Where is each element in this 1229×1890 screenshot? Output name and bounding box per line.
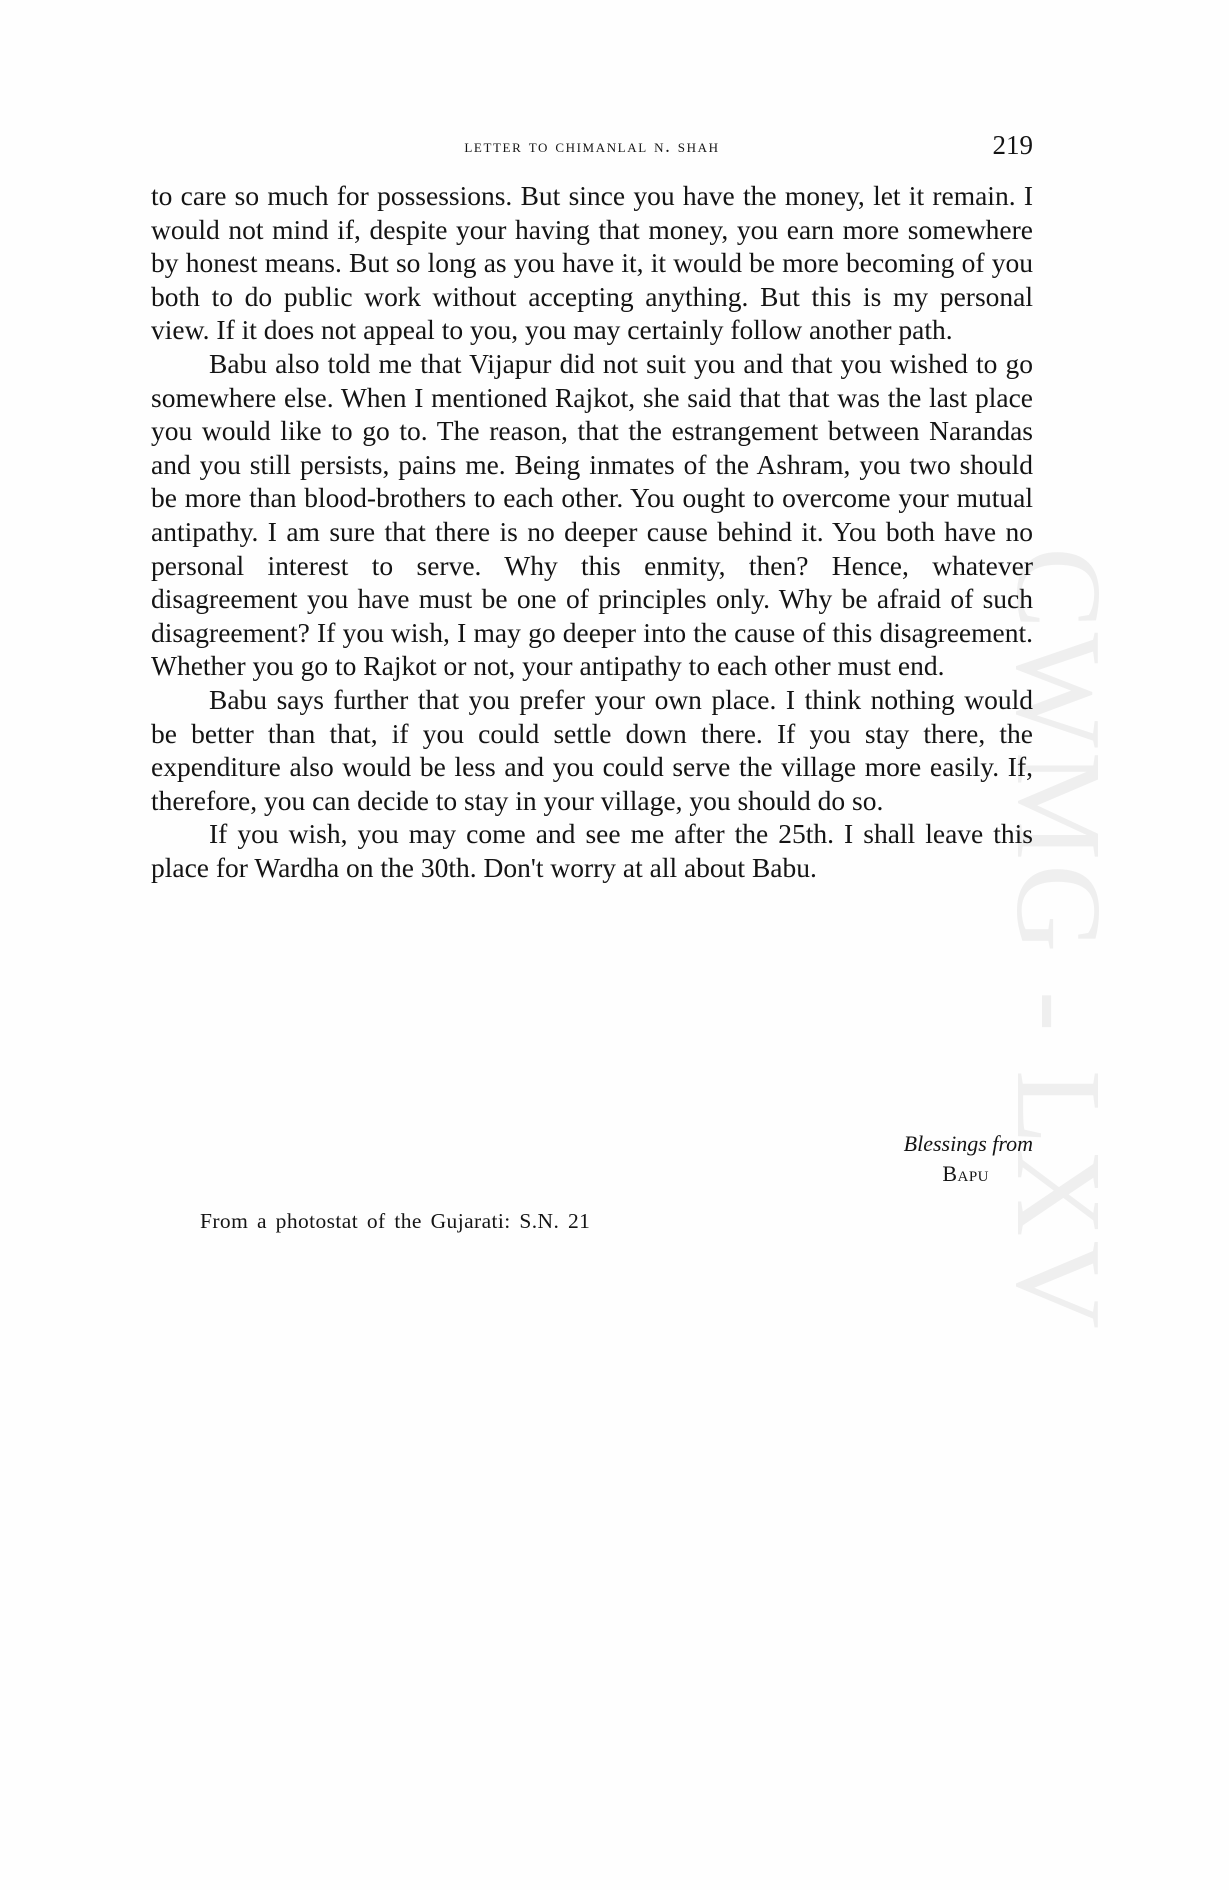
letter-body: to care so much for possessions. But sin… <box>151 179 1033 884</box>
source-note: From a photostat of the Gujarati: S.N. 2… <box>200 1209 590 1234</box>
closing-line: Blessings from <box>151 1129 1033 1159</box>
paragraph-2: Babu also told me that Vijapur did not s… <box>151 347 1033 683</box>
paragraph-4: If you wish, you may come and see me aft… <box>151 817 1033 884</box>
running-head: LETTER TO CHIMANLAL N. SHAH 219 <box>151 130 1033 166</box>
signature: Bapu <box>151 1159 1033 1189</box>
running-head-title: LETTER TO CHIMANLAL N. SHAH <box>151 136 1033 158</box>
page-number: 219 <box>993 130 1034 161</box>
paragraph-1: to care so much for possessions. But sin… <box>151 179 1033 347</box>
paragraph-3: Babu says further that you prefer your o… <box>151 683 1033 817</box>
signoff: Blessings from Bapu <box>151 1129 1033 1189</box>
